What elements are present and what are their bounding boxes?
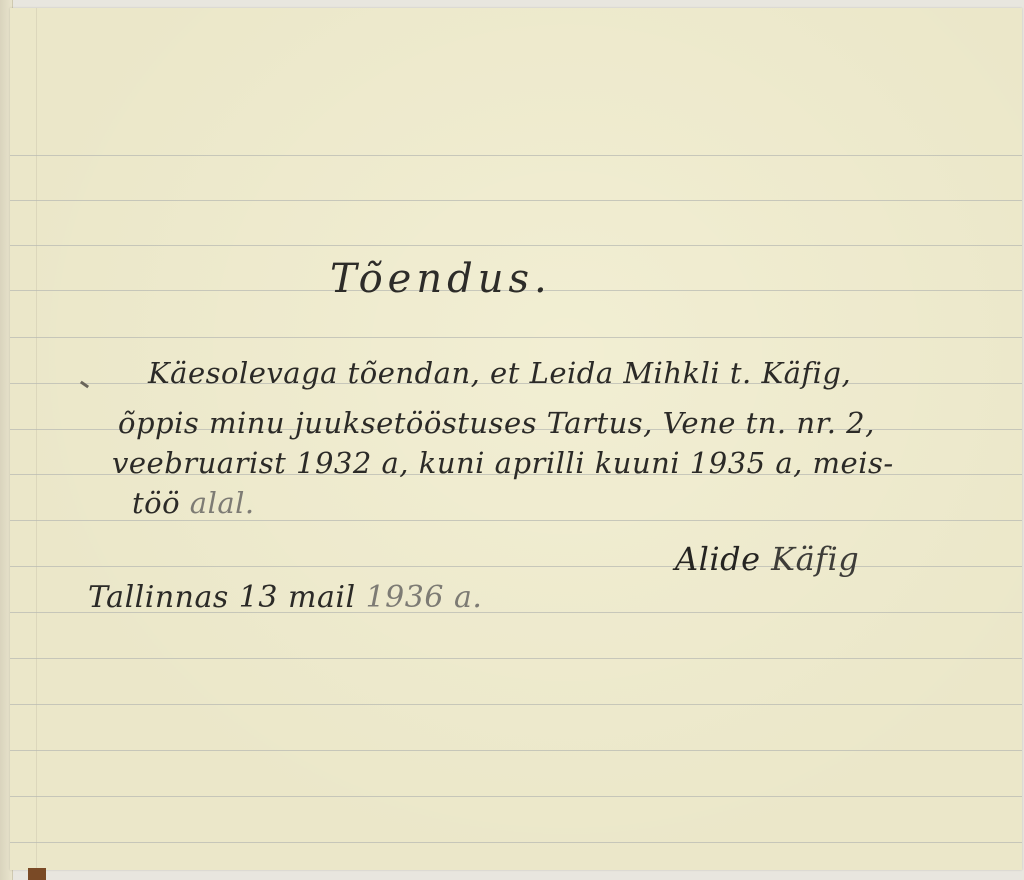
ruled-line [10,796,1022,797]
body-line-2: õppis minu juuksetööstuses Tartus, Vene … [118,406,875,440]
ruled-line [10,658,1022,659]
ruled-line [10,750,1022,751]
place-date-year: 1936 a. [366,580,483,615]
body-line-4-faded: alal. [190,486,255,520]
ruled-line [10,245,1022,246]
ruled-line [10,566,1022,567]
ruled-line [10,200,1022,201]
place-and-date: Tallinnas 13 mail 1936 a. [88,580,482,615]
ruled-line [10,842,1022,843]
ruled-line [10,520,1022,521]
body-line-1: Käesolevaga tõendan, et Leida Mihkli t. … [148,356,851,390]
ruled-line [10,337,1022,338]
document-title: Tõendus. [330,256,552,302]
signature-first-name: Alide [675,540,761,578]
body-line-4-main: töö [132,486,180,520]
ruled-line [10,155,1022,156]
ruled-line [10,704,1022,705]
place-date-main: Tallinnas 13 mail [88,580,356,615]
body-line-3: veebruarist 1932 a, kuni aprilli kuuni 1… [112,446,894,480]
signature: Alide Käfig [675,540,859,578]
binding-tab [28,868,46,880]
body-line-4: töö alal. [132,486,255,520]
margin-crease [36,8,37,870]
scanned-page: Tõendus. Käesolevaga tõendan, et Leida M… [0,0,1024,880]
signature-last-name: Käfig [771,540,859,578]
